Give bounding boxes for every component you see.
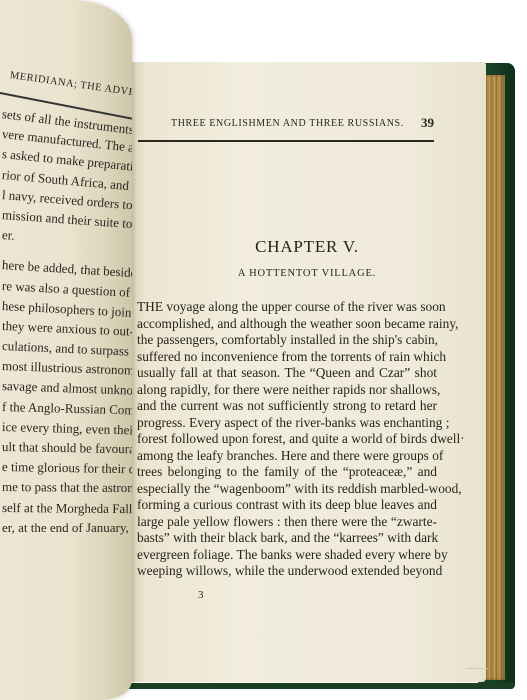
left-page-curled: MERIDIANA; THE ADVENTURES O sets of all … bbox=[0, 0, 132, 700]
text-line: er, at the end of January, 1854. bbox=[2, 518, 132, 538]
text-line: large pale yellow flowers : then there w… bbox=[137, 514, 437, 531]
text-line: THE voyage along the upper course of the… bbox=[137, 299, 437, 316]
text-line: me to pass that the astronomer W bbox=[2, 477, 132, 498]
text-line: suffered no inconvenience from the torre… bbox=[137, 349, 437, 366]
text-line: usually fall at that season. The “Queen … bbox=[137, 365, 437, 382]
text-line: the passengers, comfortably installed in… bbox=[137, 332, 437, 349]
text-line: trees belonging to the family of the “pr… bbox=[137, 464, 437, 481]
text-line: forming a curious contrast with its deep… bbox=[137, 497, 437, 514]
left-page-body: sets of all the instruments requir vere … bbox=[2, 104, 132, 538]
text-line: weeping willows, while the underwood ext… bbox=[137, 563, 437, 580]
signature-mark: 3 bbox=[198, 589, 204, 601]
chapter-title: CHAPTER V. bbox=[128, 237, 486, 257]
text-line: among the leafy branches. Here and there… bbox=[137, 448, 437, 465]
text-line: ult that should be favourable to s bbox=[2, 437, 132, 460]
right-page-body: THE voyage along the upper course of the… bbox=[137, 299, 437, 580]
header-rule bbox=[138, 140, 434, 142]
text-line: progress. Every aspect of the river-bank… bbox=[137, 415, 437, 432]
text-line: accomplished, and although the weather s… bbox=[137, 316, 437, 333]
text-line: especially the “wagenboom” with its redd… bbox=[137, 481, 437, 498]
text-line: along rapidly, for there were neither ra… bbox=[137, 382, 437, 399]
text-line: forest followed upon forest, and quite a… bbox=[137, 431, 437, 448]
text-line: basts” with their black bark, and the “k… bbox=[137, 530, 437, 547]
page-number: 39 bbox=[421, 115, 434, 131]
text-line: evergreen foliage. The banks were shaded… bbox=[137, 547, 437, 564]
chapter-subtitle: A HOTTENTOT VILLAGE. bbox=[128, 268, 486, 279]
text-line: and the current was not sufficiently str… bbox=[137, 398, 437, 415]
right-running-head: THREE ENGLISHMEN AND THREE RUSSIANS. bbox=[171, 118, 404, 129]
gilt-page-edges bbox=[483, 75, 505, 680]
text-line: self at the Morgheda Falls, on the bbox=[2, 498, 132, 519]
left-running-head: MERIDIANA; THE ADVENTURES O bbox=[9, 70, 132, 106]
book-cover-bottom-edge bbox=[120, 683, 515, 689]
